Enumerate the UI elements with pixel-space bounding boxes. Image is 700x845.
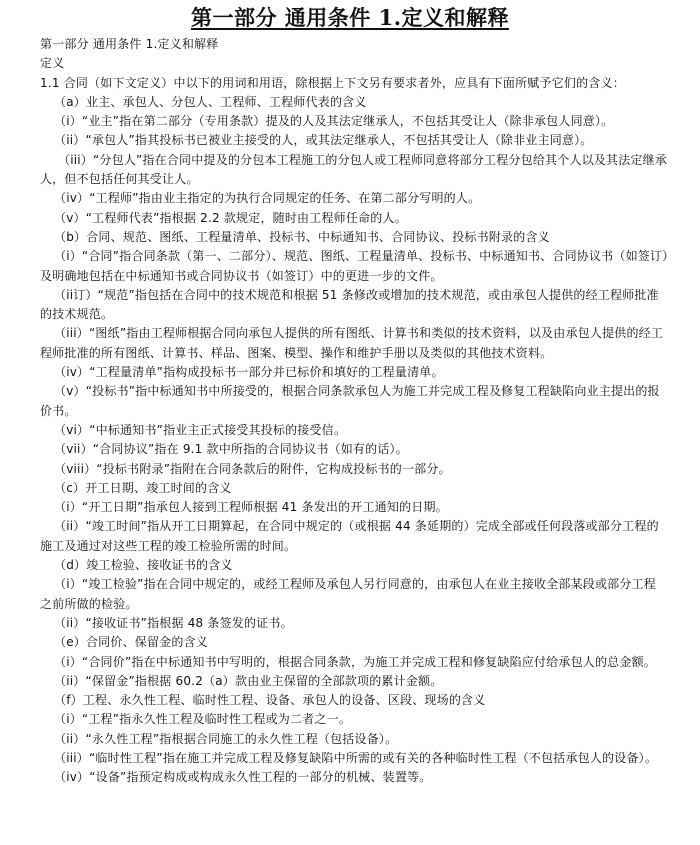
document-line: 定义	[40, 54, 650, 73]
document-line: （i）“合同价”指在中标通知书中写明的，根据合同条款，为施工并完成工程和修复缺陷…	[40, 653, 650, 672]
document-line: （c）开工日期、竣工时间的含义	[40, 479, 650, 498]
document-line: （iii）“临时性工程”指在施工并完成工程及修复缺陷中所需的或有关的各种临时性工…	[40, 749, 650, 768]
document-line: （iv）“设备”指预定构成或构成永久性工程的一部分的机械、装置等。	[40, 768, 650, 787]
document-line: （i）“开工日期”指承包人接到工程师根据 41 条发出的开工通知的日期。	[40, 498, 650, 517]
document-line: 之前所做的检验。	[40, 595, 650, 614]
document-line: （ii订）“规范”指包括在合同中的技术规范和根据 51 条修改或增加的技术规范，…	[40, 286, 650, 305]
document-line: 人，但不包括任何其受让人。	[40, 170, 650, 189]
document-line: 施工及通过对这些工程的竣工检验所需的时间。	[40, 537, 650, 556]
document-line: （i）“工程”指永久性工程及临时性工程或为二者之一。	[40, 710, 650, 729]
document-line: 的技术规范。	[40, 305, 650, 324]
document-line: 及明确地包括在中标通知书或合同协议书（如签订）中的更进一步的文件。	[40, 267, 650, 286]
document-line: （v）“工程师代表”指根据 2.2 款规定，随时由工程师任命的人。	[40, 209, 650, 228]
document-title: 第一部分 通用条件 1.定义和解释	[0, 2, 700, 32]
document-line: （vi）“中标通知书”指业主正式接受其投标的接受信。	[40, 421, 650, 440]
document-line: （vii）“合同协议”指在 9.1 款中所指的合同协议书（如有的话）。	[40, 440, 650, 459]
document-line: （v）“投标书”指中标通知书中所接受的，根据合同条款承包人为施工并完成工程及修复…	[40, 382, 650, 401]
document-line: （iv）“工程师”指由业主指定的为执行合同规定的任务、在第二部分写明的人。	[40, 189, 650, 208]
document-line: 第一部分 通用条件 1.定义和解释	[40, 35, 650, 54]
document-line: （iii）“分包人”指在合同中提及的分包本工程施工的分包人或工程师同意将部分工程…	[40, 151, 650, 170]
document-line: （ii）“保留金”指根据 60.2（a）款由业主保留的全部款项的累计金额。	[40, 672, 650, 691]
document-line: 程师批准的所有图纸、计算书、样品、图案、模型、操作和维护手册以及类似的其他技术资…	[40, 344, 650, 363]
document-line: （b）合同、规范、图纸、工程量清单、投标书、中标通知书、合同协议、投标书附录的含…	[40, 228, 650, 247]
document-line: （ii）“竣工时间”指从开工日期算起，在合同中规定的（或根据 44 条延期的）完…	[40, 517, 650, 536]
document-line: （ii）“接收证书”指根据 48 条签发的证书。	[40, 614, 650, 633]
document-line: 价书。	[40, 402, 650, 421]
document-line: （d）竣工检验、接收证书的含义	[40, 556, 650, 575]
document-line: （f）工程、永久性工程、临时性工程、设备、承包人的设备、区段、现场的含义	[40, 691, 650, 710]
document-line: （ii）“永久性工程”指根据合同施工的永久性工程（包括设备）。	[40, 730, 650, 749]
document-line: （i）“业主”指在第二部分（专用条款）提及的人及其法定继承人，不包括其受让人（除…	[40, 112, 650, 131]
document-line: （ii）“承包人”指其投标书已被业主接受的人，或其法定继承人，不包括其受让人（除…	[40, 131, 650, 150]
document-line: （i）“竣工检验”指在合同中规定的，或经工程师及承包人另行同意的，由承包人在业主…	[40, 575, 650, 594]
document-title-text: 第一部分 通用条件 1.定义和解释	[191, 5, 509, 30]
document-line: （iii）“图纸”指由工程师根据合同向承包人提供的所有图纸、计算书和类似的技术资…	[40, 324, 650, 343]
document-line: （i）“合同”指合同条款（第一、二部分）、规范、图纸、工程量清单、投标书、中标通…	[40, 247, 650, 266]
document-line: （e）合同价、保留金的含义	[40, 633, 650, 652]
document-line: （iv）“工程量清单”指构成投标书一部分并已标价和填好的工程量清单。	[40, 363, 650, 382]
document-line: （a）业主、承包人、分包人、工程师、工程师代表的含义	[40, 93, 650, 112]
document-line: （viii）“投标书附录”指附在合同条款后的附件，它构成投标书的一部分。	[40, 460, 650, 479]
document-body: 第一部分 通用条件 1.定义和解释定义1.1 合同（如下文定义）中以下的用词和用…	[40, 35, 650, 788]
document-line: 1.1 合同（如下文定义）中以下的用词和用语，除根据上下文另有要求者外，应具有下…	[40, 74, 650, 93]
